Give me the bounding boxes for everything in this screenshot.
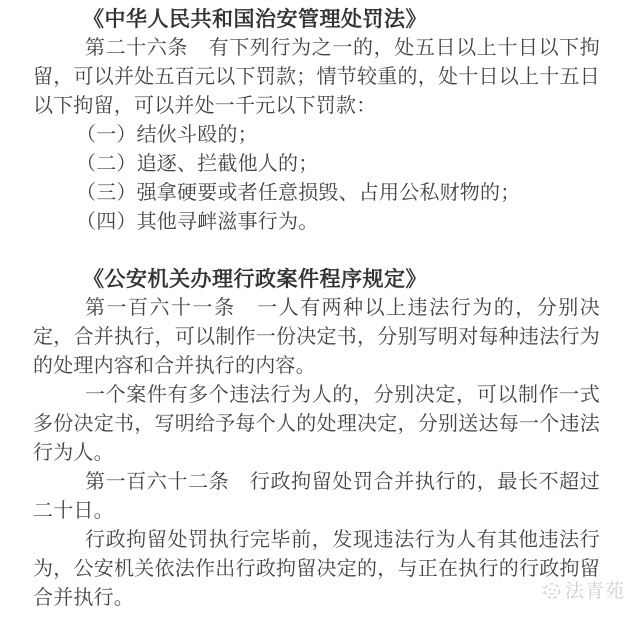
section-public-security-law: 《中华人民共和国治安管理处罚法》 第二十六条 有下列行为之一的，处五日以上十日以… — [33, 5, 600, 237]
article-161-text: 第一百六十一条 一人有两种以上违法行为的，分别决定，合并执行，可以制作一份决定书… — [33, 294, 600, 381]
article-26-text: 第二十六条 有下列行为之一的，处五日以上十日以下拘留，可以并处五百元以下罚款；情… — [33, 34, 600, 121]
watermark: 法青苑 — [541, 581, 625, 601]
article-161-paragraph-2: 一个案件有多个违法行为人的，分别决定，可以制作一式多份决定书，写明给予每个人的处… — [33, 381, 600, 468]
clause-item-1: （一）结伙斗殴的； — [33, 121, 600, 150]
article-162-paragraph-2: 行政拘留处罚执行完毕前，发现违法行为人有其他违法行为，公安机关依法作出行政拘留决… — [33, 526, 600, 613]
article-162-text: 第一百六十二条 行政拘留处罚合并执行的，最长不超过二十日。 — [33, 468, 600, 526]
clause-item-4: （四）其他寻衅滋事行为。 — [33, 208, 600, 237]
document-page: 《中华人民共和国治安管理处罚法》 第二十六条 有下列行为之一的，处五日以上十日以… — [0, 0, 632, 618]
clause-item-2: （二）追逐、拦截他人的； — [33, 150, 600, 179]
law-title: 《中华人民共和国治安管理处罚法》 — [33, 5, 600, 34]
clause-item-3: （三）强拿硬要或者任意损毁、占用公私财物的； — [33, 179, 600, 208]
section-procedure-regulation: 《公安机关办理行政案件程序规定》 第一百六十一条 一人有两种以上违法行为的，分别… — [33, 265, 600, 613]
regulation-title: 《公安机关办理行政案件程序规定》 — [33, 265, 600, 294]
faqingyuan-logo-icon — [541, 581, 561, 601]
watermark-label: 法青苑 — [565, 582, 625, 601]
